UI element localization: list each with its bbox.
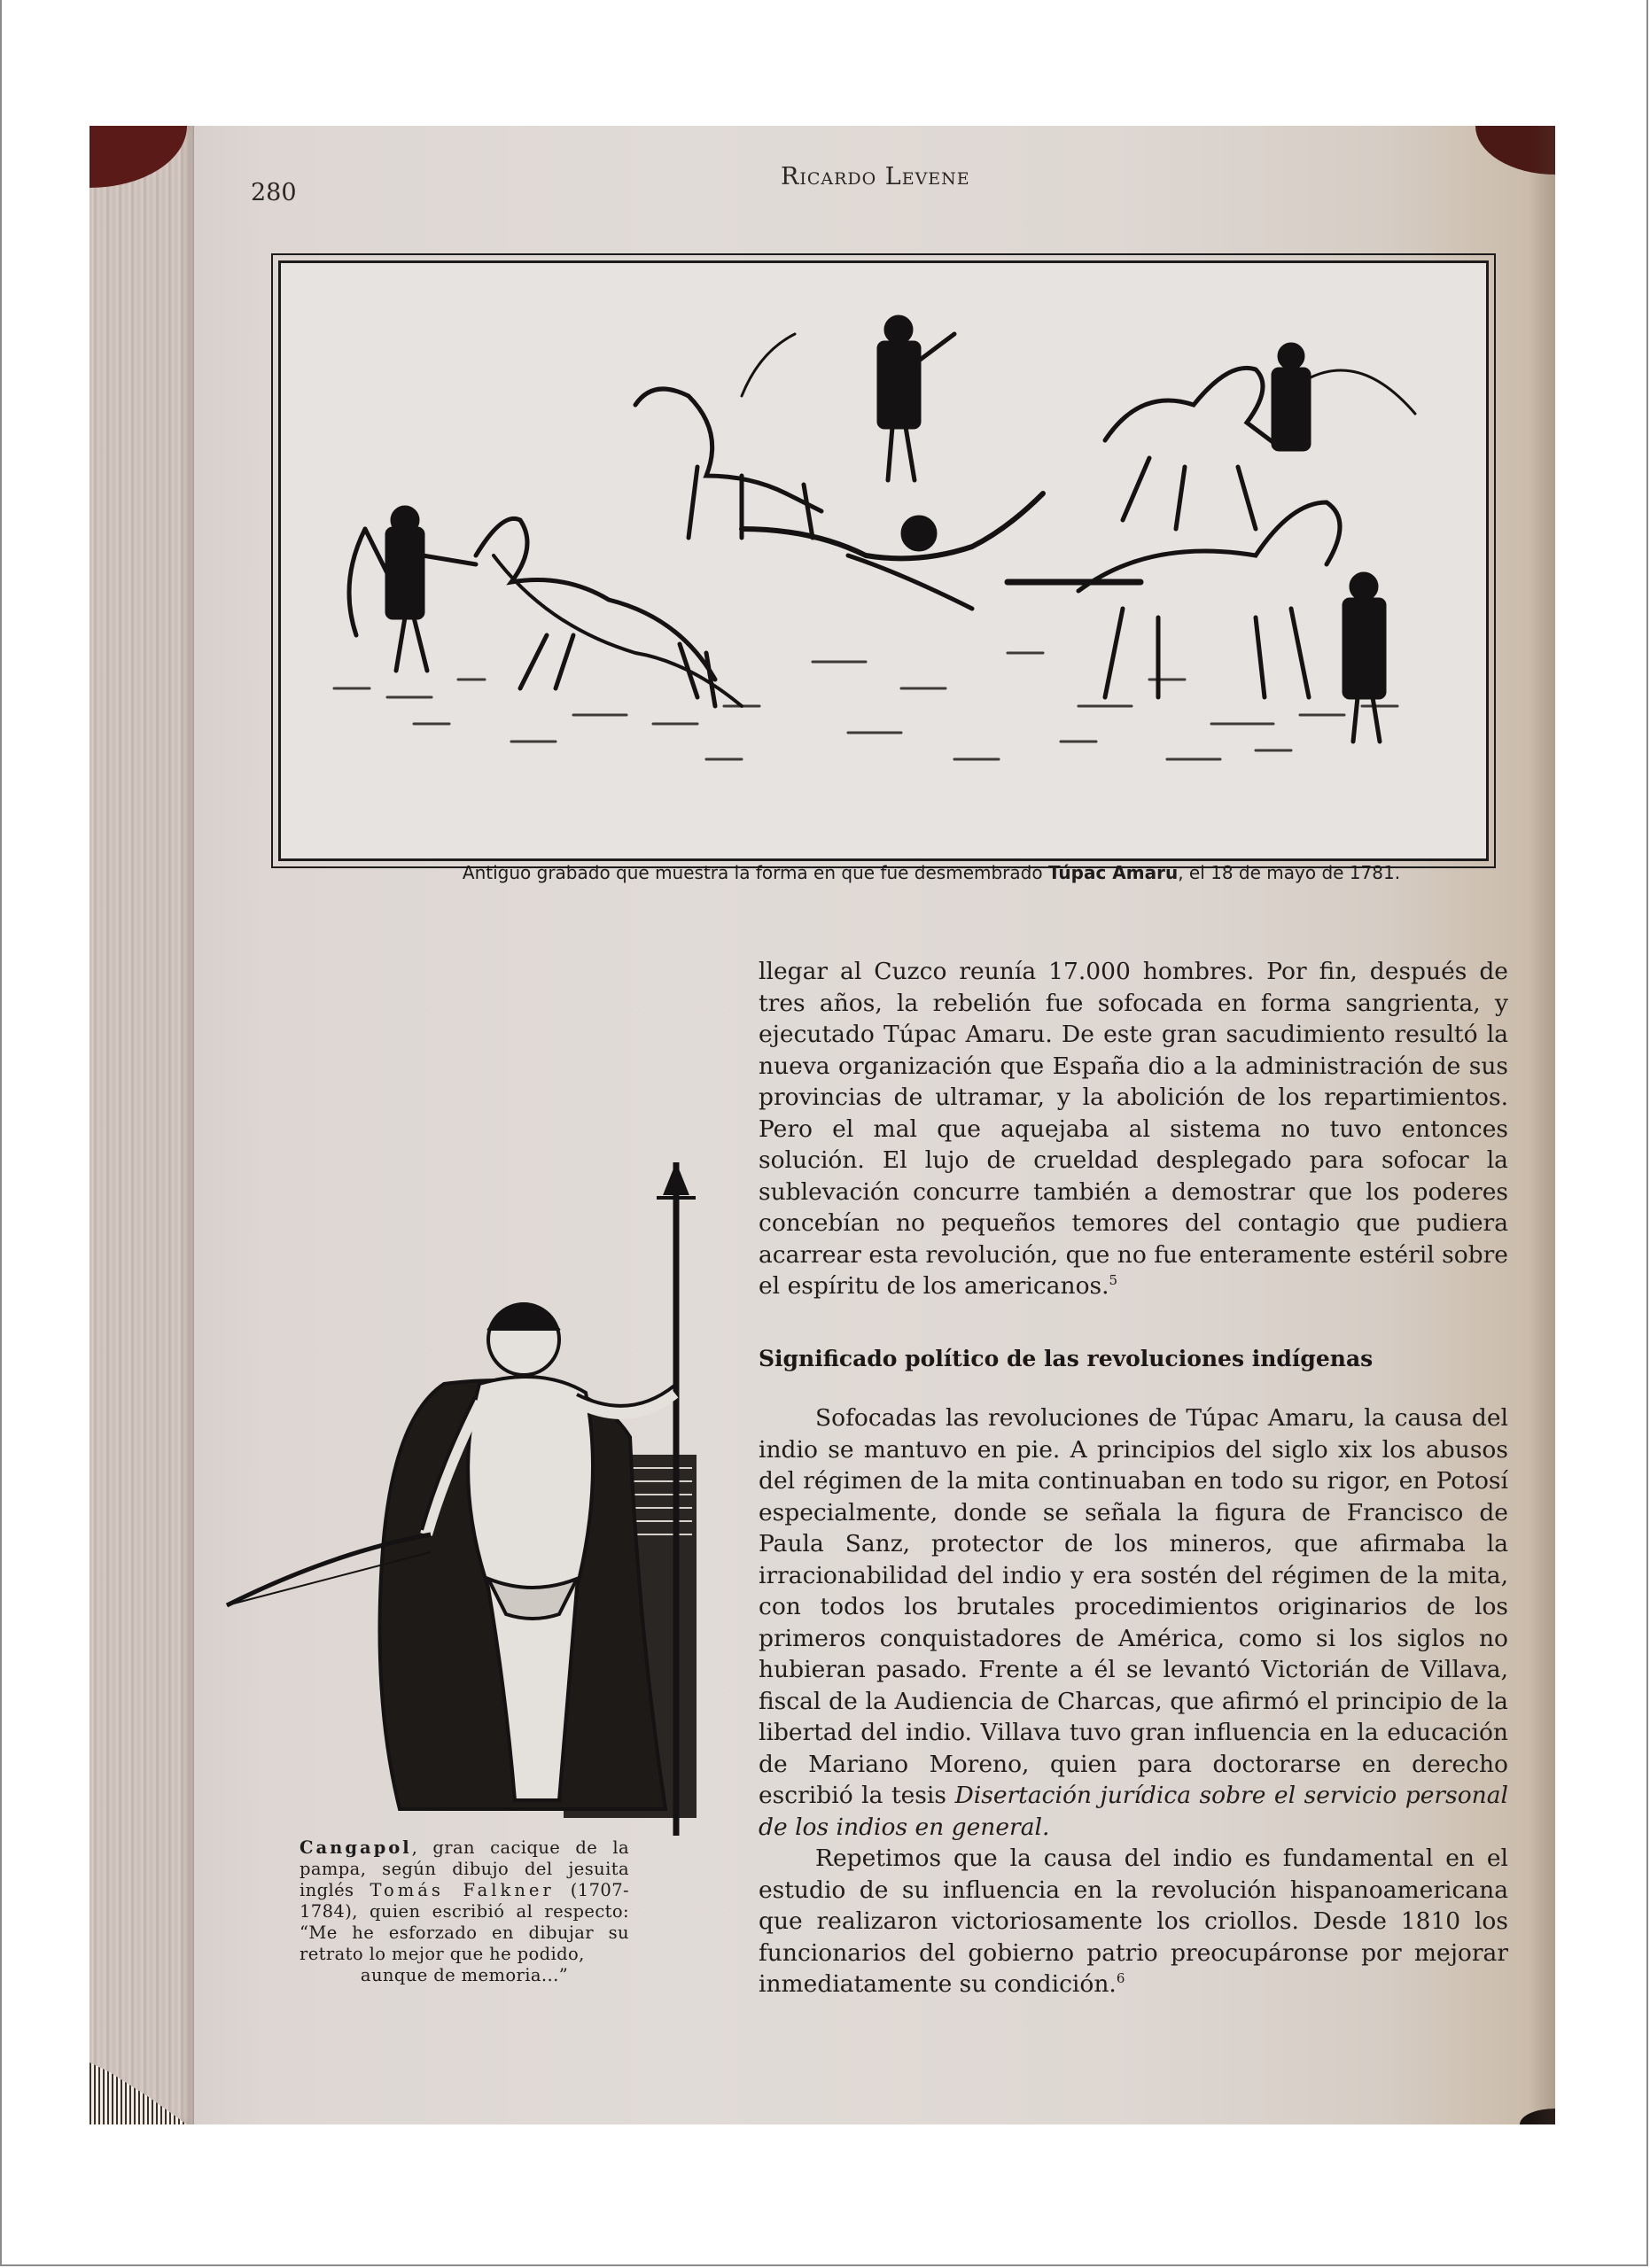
page-stack-edge bbox=[90, 126, 194, 2124]
cangapol-caption: Cangapol, gran cacique de la pampa, segú… bbox=[300, 1837, 629, 1986]
caption-bold-name: Túpac Amaru bbox=[1048, 862, 1178, 883]
paragraph: llegar al Cuzco reunía 17.000 hombres. P… bbox=[759, 956, 1508, 1302]
caption-text: aunque de memoria...” bbox=[300, 1965, 629, 1986]
paragraph-text: Repetimos que la causa del indio es fund… bbox=[759, 1845, 1508, 1998]
page-curl-shadow bbox=[1529, 126, 1555, 2124]
caption-author: Tomás Falkner bbox=[370, 1880, 554, 1900]
paragraph: Sofocadas las revoluciones de Túpac Amar… bbox=[759, 1402, 1508, 1843]
paragraph-text: llegar al Cuzco reunía 17.000 hombres. P… bbox=[759, 958, 1508, 1300]
caption-text: Antiguo grabado que muestra la forma en … bbox=[463, 862, 1048, 883]
footnote-marker: 5 bbox=[1109, 1272, 1118, 1288]
paragraph: Repetimos que la causa del indio es fund… bbox=[759, 1843, 1508, 2000]
engraving-illustration-icon bbox=[281, 263, 1486, 858]
cangapol-portrait bbox=[222, 1162, 772, 1836]
engraving-caption: Antiguo grabado que muestra la forma en … bbox=[400, 861, 1463, 884]
tupac-amaru-engraving bbox=[278, 260, 1489, 861]
body-text-column: llegar al Cuzco reunía 17.000 hombres. P… bbox=[759, 956, 1508, 2000]
section-heading: Significado político de las revoluciones… bbox=[759, 1343, 1508, 1375]
paragraph-text: Sofocadas las revoluciones de Túpac Amar… bbox=[759, 1404, 1508, 1809]
caption-bold-name: Cangapol bbox=[300, 1837, 412, 1858]
book-page-photo: 280 Ricardo Levene bbox=[90, 126, 1555, 2124]
cangapol-illustration-icon bbox=[222, 1162, 772, 1836]
page-number: 280 bbox=[251, 179, 297, 206]
running-head: Ricardo Levene bbox=[781, 163, 970, 190]
caption-text: , el 18 de mayo de 1781. bbox=[1178, 862, 1400, 883]
footnote-marker: 6 bbox=[1117, 1970, 1125, 1986]
